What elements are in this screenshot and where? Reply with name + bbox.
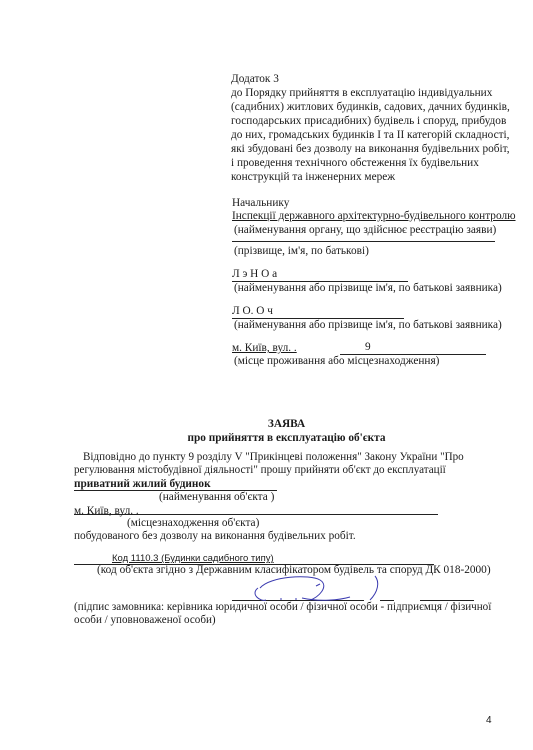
addressee-organ: Інспекції державного архітектурно-будіве… (232, 210, 516, 224)
object-location-caption: (місцезнаходження об'єкта) (127, 517, 259, 531)
addressee-to: Начальнику (232, 197, 289, 211)
address-number: 9 (365, 341, 371, 355)
appendix-line: господарських присадибних) будівель і сп… (231, 115, 506, 129)
applicant1-value: Л э Н О а (232, 268, 277, 282)
statement-paragraph-line1: Відповідно до пункту 9 розділу V "Прикін… (83, 451, 464, 465)
address-caption: (місце проживання або місцезнаходження) (234, 355, 439, 369)
signature-caption-line2: особи / уповноваженої особи) (74, 614, 216, 628)
statement-paragraph-line2: регулювання містобудівної діяльності" пр… (74, 464, 446, 478)
statement-title: ЗАЯВА (0, 418, 533, 432)
statement-subtitle: про прийняття в експлуатацію об'єкта (0, 432, 533, 446)
address-value: м. Київ, вул. . (232, 342, 297, 356)
page-number: 4 (486, 714, 492, 728)
appendix-title: Додаток 3 (231, 73, 279, 87)
appendix-line: які збудовані без дозволу на виконання б… (231, 143, 510, 157)
object-name-caption: (найменування об'єкта ) (159, 491, 274, 505)
organ-caption: (найменування органу, що здійснює реєстр… (234, 224, 496, 238)
name-field-line (232, 241, 495, 242)
applicant1-caption: (найменування або прізвище ім'я, по бать… (234, 282, 502, 296)
applicant2-value: Л О. О ч (232, 305, 273, 319)
appendix-line: конструкцій та інженерних мереж (231, 171, 395, 185)
appendix-line: до Порядку прийняття в експлуатацію інди… (231, 87, 492, 101)
signature-caption-line1: (підпис замовника: керівника юридичної о… (74, 601, 491, 615)
appendix-line: і проведення технічного обстеження їх бу… (231, 157, 479, 171)
applicant2-caption: (найменування або прізвище ім'я, по бать… (234, 319, 502, 333)
appendix-line: до них, громадських будинків I та II кат… (231, 129, 510, 143)
built-without-permit-text: побудованого без дозволу на виконання бу… (74, 530, 356, 544)
name-caption: (прізвище, ім'я, по батькові) (234, 245, 369, 259)
appendix-line: (садибних) житлових будинків, садових, д… (231, 101, 510, 115)
object-location-line (74, 514, 438, 515)
